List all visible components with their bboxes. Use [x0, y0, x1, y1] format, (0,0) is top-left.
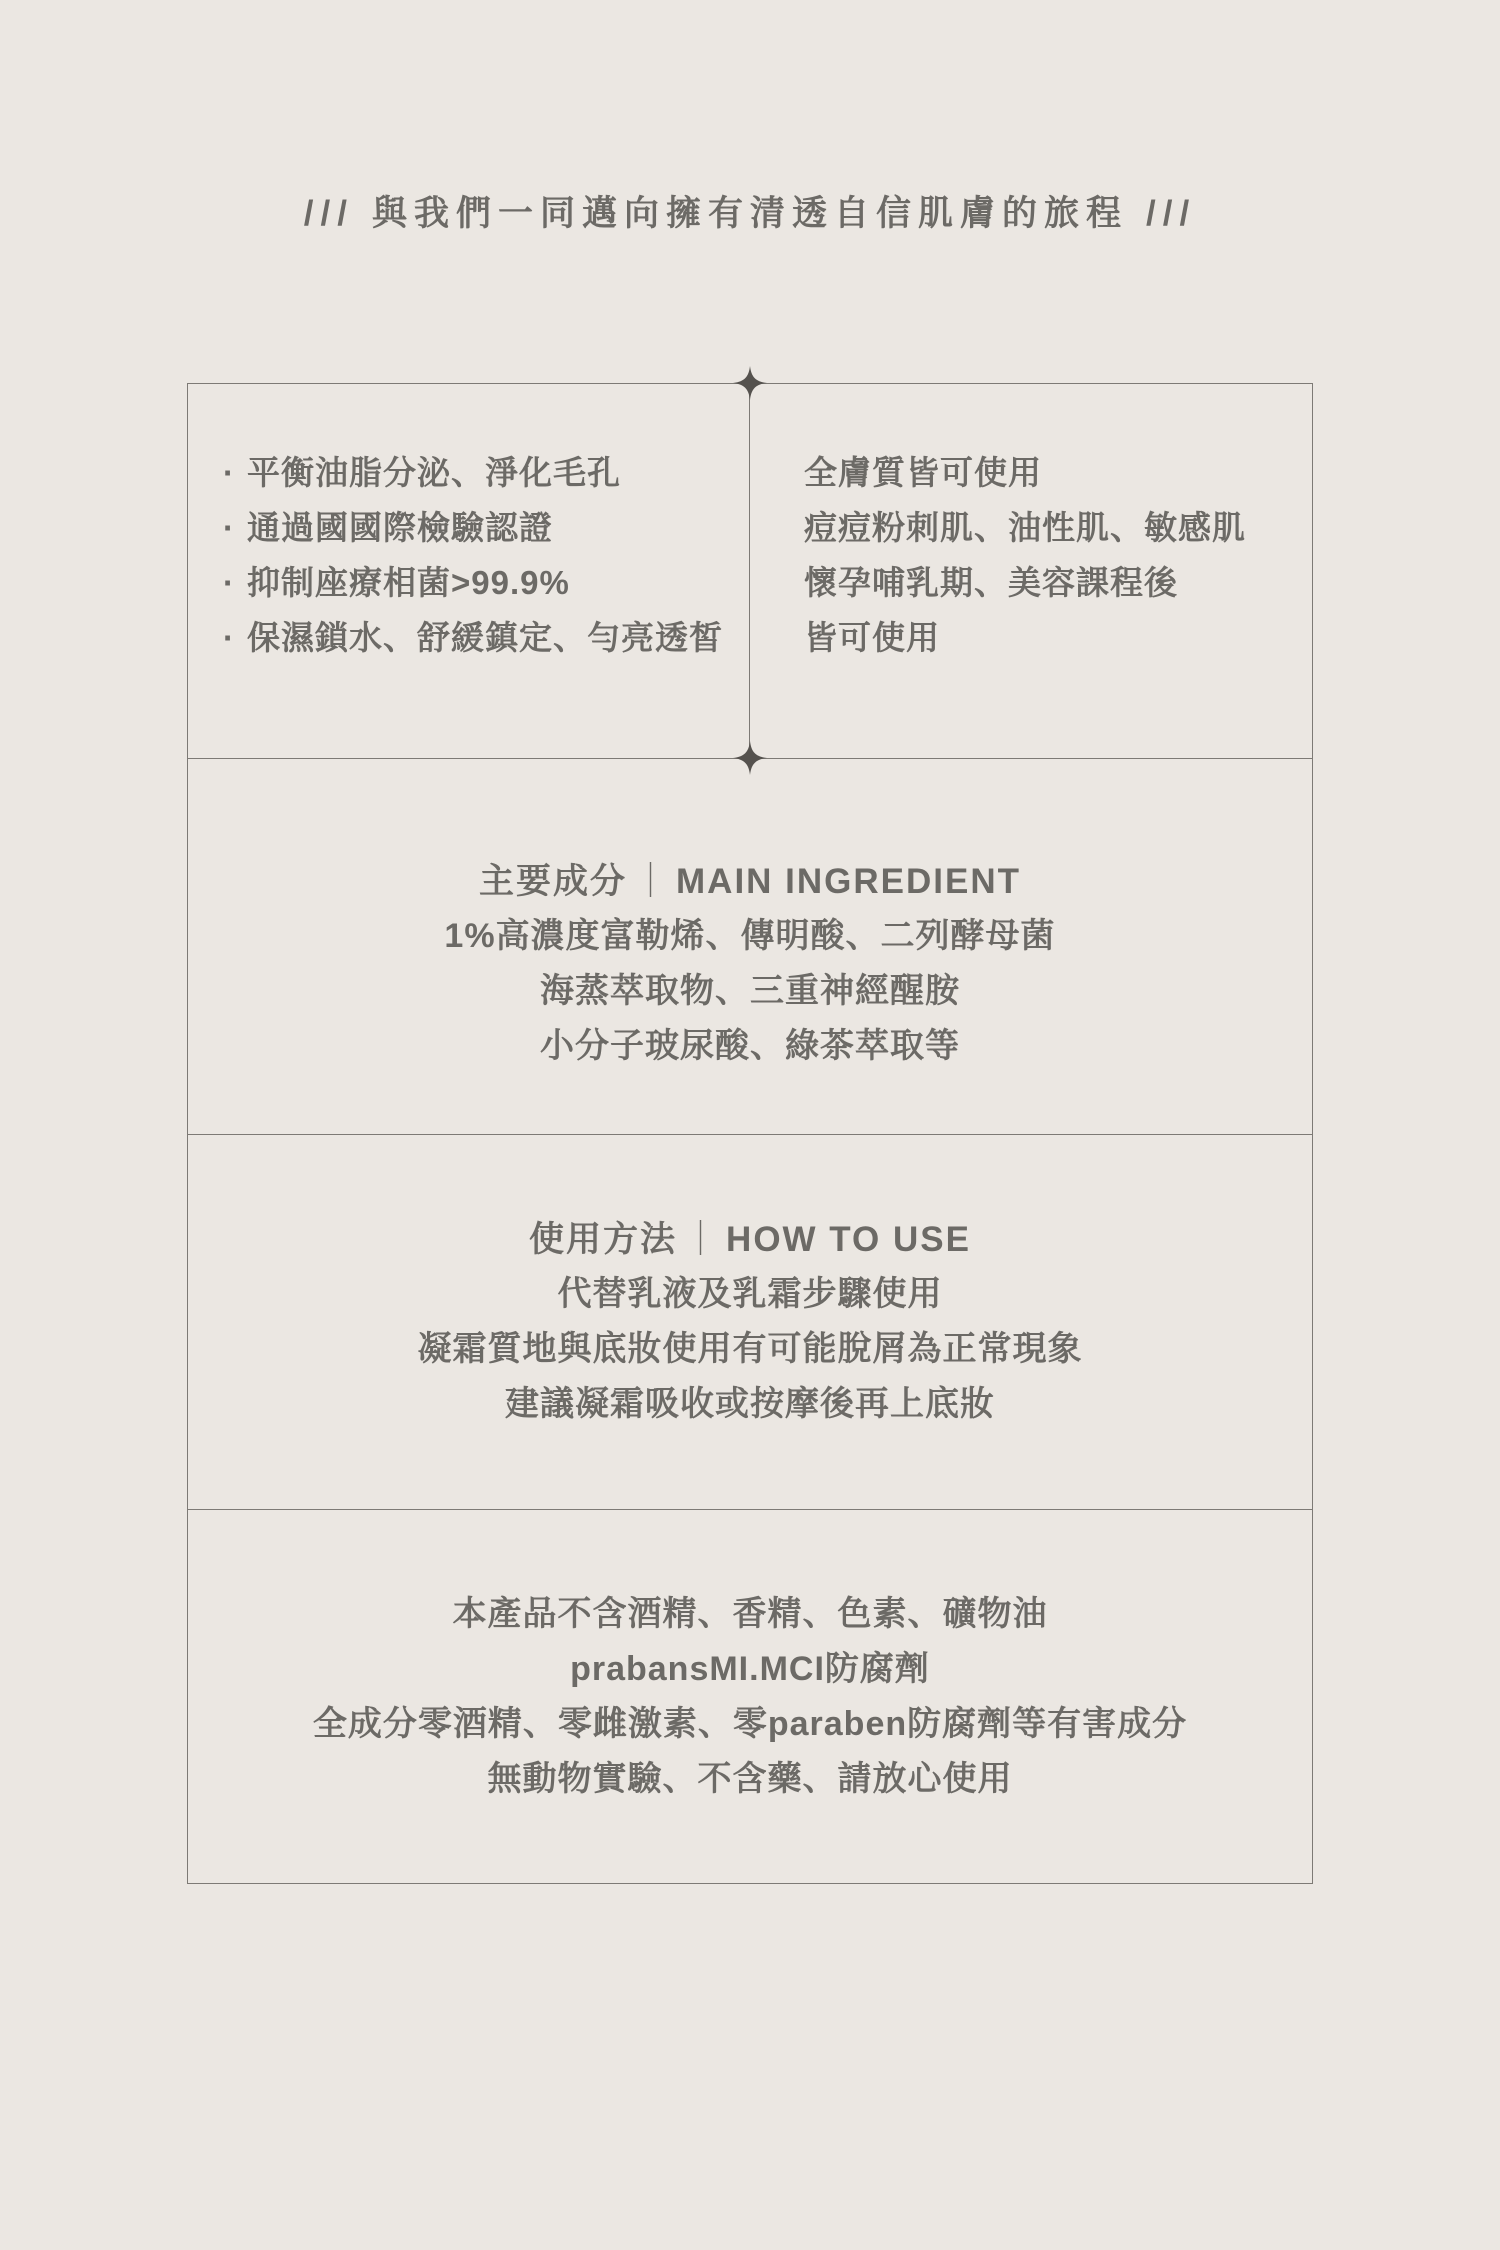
sparkle-diamond-shape [733, 366, 767, 400]
bullet-dot: · [223, 610, 235, 665]
safety-claims-section: 本產品不含酒精、香精、色素、礦物油 prabansMI.MCI防腐劑 全成分零酒… [188, 1510, 1312, 1884]
bullet-dot: · [223, 500, 235, 555]
feature-item: · 保濕鎖水、舒緩鎮定、勻亮透皙 [223, 610, 749, 665]
feature-item-text: 抑制座療相菌>99.9% [247, 555, 570, 610]
usage-line: 代替乳液及乳霜步驟使用 [558, 1267, 943, 1322]
feature-item-text: 保濕鎖水、舒緩鎮定、勻亮透皙 [247, 610, 723, 665]
safety-line: 本產品不含酒精、香精、色素、礦物油 [453, 1587, 1048, 1642]
safety-line: 無動物實驗、不含藥、請放心使用 [488, 1752, 1013, 1807]
product-info-page: ///與我們一同邁向擁有清透自信肌膚的旅程/// · 平衡油脂分泌、淨化毛孔 ·… [0, 0, 1500, 2250]
sparkle-diamond-icon [733, 366, 767, 400]
page-title: ///與我們一同邁向擁有清透自信肌膚的旅程/// [0, 186, 1500, 236]
slash-decoration-left: /// [304, 194, 354, 233]
feature-item-text: 通過國國際檢驗認證 [247, 500, 553, 555]
usage-line: 建議凝霜吸收或按摩後再上底妝 [505, 1377, 995, 1432]
feature-list: · 平衡油脂分泌、淨化毛孔 · 通過國國際檢驗認證 · 抑制座療相菌>99.9%… [188, 384, 750, 758]
ingredient-line: 小分子玻尿酸、綠茶萃取等 [540, 1019, 960, 1074]
feature-item: · 抑制座療相菌>99.9% [223, 555, 749, 610]
feature-item: · 通過國國際檢驗認證 [223, 500, 749, 555]
skin-type-line: 痘痘粉刺肌、油性肌、敏感肌 [804, 500, 1312, 555]
sparkle-diamond-shape [733, 741, 767, 775]
usage-line: 凝霜質地與底妝使用有可能脫屑為正常現象 [418, 1322, 1083, 1377]
feature-item: · 平衡油脂分泌、淨化毛孔 [223, 445, 749, 500]
how-to-use-title: 使用方法｜HOW TO USE [529, 1212, 971, 1267]
info-panel: · 平衡油脂分泌、淨化毛孔 · 通過國國際檢驗認證 · 抑制座療相菌>99.9%… [187, 383, 1313, 1884]
ingredient-line: 1%高濃度富勒烯、傳明酸、二列酵母菌 [444, 909, 1055, 964]
main-ingredient-title: 主要成分｜MAIN INGREDIENT [479, 854, 1021, 909]
sparkle-diamond-icon [733, 741, 767, 775]
title-divider-bar: ｜ [633, 862, 670, 901]
feature-item-text: 平衡油脂分泌、淨化毛孔 [247, 445, 621, 500]
how-to-use-section: 使用方法｜HOW TO USE 代替乳液及乳霜步驟使用 凝霜質地與底妝使用有可能… [188, 1135, 1312, 1510]
skin-type-line: 懷孕哺乳期、美容課程後 [804, 555, 1312, 610]
section-title-en: MAIN INGREDIENT [676, 862, 1021, 901]
safety-line: 全成分零酒精、零雌激素、零paraben防腐劑等有害成分 [313, 1697, 1187, 1752]
skin-type-line: 皆可使用 [804, 610, 1312, 665]
skin-type-line: 全膚質皆可使用 [804, 445, 1312, 500]
features-section: · 平衡油脂分泌、淨化毛孔 · 通過國國際檢驗認證 · 抑制座療相菌>99.9%… [188, 384, 1312, 759]
bullet-dot: · [223, 445, 235, 500]
safety-line: prabansMI.MCI防腐劑 [570, 1642, 930, 1697]
section-title-zh: 主要成分 [479, 862, 627, 901]
section-title-zh: 使用方法 [529, 1220, 677, 1259]
main-ingredient-section: 主要成分｜MAIN INGREDIENT 1%高濃度富勒烯、傳明酸、二列酵母菌 … [188, 759, 1312, 1135]
bullet-dot: · [223, 555, 235, 610]
skin-type-list: 全膚質皆可使用 痘痘粉刺肌、油性肌、敏感肌 懷孕哺乳期、美容課程後 皆可使用 [750, 384, 1312, 758]
ingredient-line: 海蒸萃取物、三重神經醒胺 [540, 964, 960, 1019]
header-title-text: 與我們一同邁向擁有清透自信肌膚的旅程 [372, 194, 1128, 233]
slash-decoration-right: /// [1146, 194, 1196, 233]
section-title-en: HOW TO USE [726, 1220, 971, 1259]
title-divider-bar: ｜ [683, 1220, 720, 1259]
